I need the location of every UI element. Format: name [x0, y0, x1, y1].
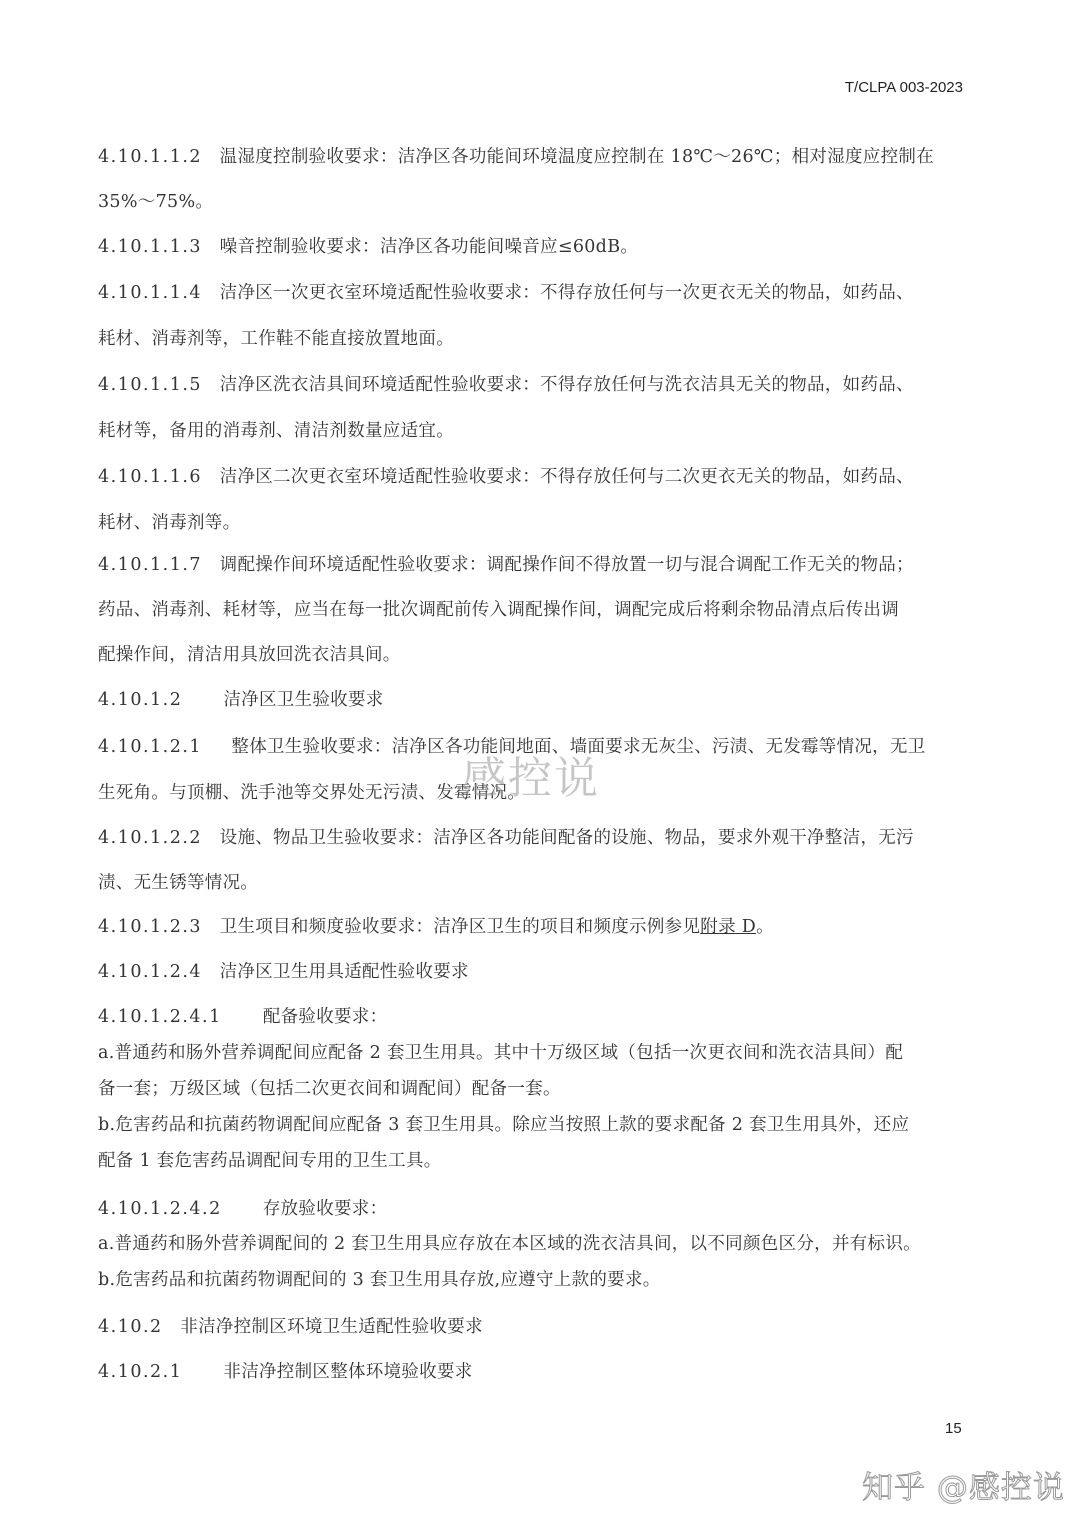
clause-4-10-1-1-6: 4.10.1.1.6 洁净区二次更衣室环境适配性验收要求：不得存放任何与二次更衣… [98, 463, 914, 488]
clause-text: 配备 1 套危害药品调配间专用的卫生工具。 [98, 1151, 442, 1171]
clause-4-10-1-1-5: 4.10.1.1.5 洁净区洗衣洁具间环境适配性验收要求：不得存放任何与洗衣洁具… [98, 371, 914, 396]
clause-continuation: 35%～75%。 [98, 188, 213, 213]
clause-number: 4.10.1.2.4.2 [98, 1199, 222, 1219]
list-item-a: a.普通药和肠外营养调配间的 2 套卫生用具应存放在本区域的洗衣洁具间，以不同颜… [98, 1230, 921, 1255]
clause-text: b.危害药品和抗菌药物调配间应配备 3 套卫生用具。除应当按照上款的要求配备 2… [98, 1115, 909, 1135]
clause-4-10-1-2-4-2: 4.10.1.2.4.2 存放验收要求： [98, 1195, 387, 1220]
clause-text: a.普通药和肠外营养调配间应配备 2 套卫生用具。其中十万级区域（包括一次更衣间… [98, 1043, 903, 1063]
clause-4-10-1-1-3: 4.10.1.1.3 噪音控制验收要求：洁净区各功能间噪音应≤60dB。 [98, 233, 638, 258]
clause-continuation: 配备 1 套危害药品调配间专用的卫生工具。 [98, 1147, 442, 1172]
clause-text: 配备验收要求： [263, 1007, 388, 1027]
clause-number: 4.10.1.2.4 [98, 962, 202, 982]
clause-text: 非洁净控制区整体环境验收要求 [223, 1362, 472, 1382]
clause-text: 药品、消毒剂、耗材等，应当在每一批次调配前传入调配操作间，调配完成后将剩余物品清… [98, 600, 899, 620]
clause-text: a.普通药和肠外营养调配间的 2 套卫生用具应存放在本区域的洗衣洁具间，以不同颜… [98, 1234, 921, 1254]
clause-text: 存放验收要求： [263, 1199, 388, 1219]
clause-text: 卫生项目和频度验收要求：洁净区卫生的项目和频度示例参见 [220, 917, 701, 937]
clause-text: 整体卫生验收要求：洁净区各功能间地面、墙面要求无灰尘、污渍、无发霉等情况，无卫 [231, 737, 925, 757]
clause-text: 洁净区卫生用具适配性验收要求 [220, 962, 469, 982]
clause-text: 洁净区二次更衣室环境适配性验收要求：不得存放任何与二次更衣无关的物品，如药品、 [220, 467, 914, 487]
clause-continuation: 生死角。与顶棚、洗手池等交界处无污渍、发霉情况。 [98, 779, 525, 804]
clause-4-10-1-1-7: 4.10.1.1.7 调配操作间环境适配性验收要求：调配操作间不得放置一切与混合… [98, 551, 914, 576]
clause-text: 调配操作间环境适配性验收要求：调配操作间不得放置一切与混合调配工作无关的物品； [220, 555, 914, 575]
clause-text: 生死角。与顶棚、洗手池等交界处无污渍、发霉情况。 [98, 783, 525, 803]
clause-4-10-1-2-4-1: 4.10.1.2.4.1 配备验收要求： [98, 1003, 387, 1028]
clause-number: 4.10.1.2.3 [98, 917, 202, 937]
clause-text: 配操作间，清洁用具放回洗衣洁具间。 [98, 645, 401, 665]
list-item-b: b.危害药品和抗菌药物调配间的 3 套卫生用具存放,应遵守上款的要求。 [98, 1266, 661, 1291]
clause-text: 渍、无生锈等情况。 [98, 873, 258, 893]
clause-text: 耗材、消毒剂等。 [98, 513, 240, 533]
list-item-b: b.危害药品和抗菌药物调配间应配备 3 套卫生用具。除应当按照上款的要求配备 2… [98, 1111, 909, 1136]
clause-number: 4.10.2.1 [98, 1362, 182, 1382]
clause-4-10-1-2-1: 4.10.1.2.1 整体卫生验收要求：洁净区各功能间地面、墙面要求无灰尘、污渍… [98, 733, 926, 758]
appendix-d-link[interactable]: 附录 D [700, 917, 756, 937]
clause-text: 噪音控制验收要求：洁净区各功能间噪音应≤60dB。 [220, 237, 639, 257]
clause-text: 洁净区洗衣洁具间环境适配性验收要求：不得存放任何与洗衣洁具无关的物品，如药品、 [220, 375, 914, 395]
section-4-10-2: 4.10.2 非洁净控制区环境卫生适配性验收要求 [98, 1313, 483, 1338]
clause-number: 4.10.1.1.5 [98, 375, 202, 395]
clause-number: 4.10.1.1.3 [98, 237, 202, 257]
section-4-10-1-2: 4.10.1.2 洁净区卫生验收要求 [98, 686, 384, 711]
clause-number: 4.10.1.2.4.1 [98, 1007, 222, 1027]
clause-text: 35%～75%。 [98, 192, 213, 212]
clause-4-10-1-1-2: 4.10.1.1.2 温湿度控制验收要求：洁净区各功能间环境温度应控制在 18℃… [98, 143, 934, 168]
clause-number: 4.10.1.1.2 [98, 147, 202, 167]
clause-text: 洁净区卫生验收要求 [223, 690, 383, 710]
clause-continuation: 耗材等，备用的消毒剂、清洁剂数量应适宜。 [98, 417, 454, 442]
standard-code-header: T/CLPA 003-2023 [845, 79, 963, 96]
section-4-10-2-1: 4.10.2.1 非洁净控制区整体环境验收要求 [98, 1358, 473, 1383]
clause-text: 非洁净控制区环境卫生适配性验收要求 [180, 1317, 483, 1337]
page-number: 15 [945, 1420, 962, 1437]
clause-number: 4.10.1.2 [98, 690, 182, 710]
list-item-a: a.普通药和肠外营养调配间应配备 2 套卫生用具。其中十万级区域（包括一次更衣间… [98, 1039, 903, 1064]
clause-text: 洁净区一次更衣室环境适配性验收要求：不得存放任何与一次更衣无关的物品，如药品、 [220, 283, 914, 303]
clause-number: 4.10.2 [98, 1317, 163, 1337]
clause-continuation: 渍、无生锈等情况。 [98, 869, 258, 894]
clause-number: 4.10.1.1.6 [98, 467, 202, 487]
zhihu-watermark: 知乎 @感控说 [862, 1462, 1065, 1507]
clause-text: 温湿度控制验收要求：洁净区各功能间环境温度应控制在 18℃～26℃；相对湿度应控… [220, 147, 934, 167]
clause-4-10-1-2-2: 4.10.1.2.2 设施、物品卫生验收要求：洁净区各功能间配备的设施、物品，要… [98, 824, 914, 849]
clause-number: 4.10.1.1.4 [98, 283, 202, 303]
clause-continuation: 配操作间，清洁用具放回洗衣洁具间。 [98, 641, 401, 666]
clause-continuation: 耗材、消毒剂等，工作鞋不能直接放置地面。 [98, 325, 454, 350]
clause-continuation: 备一套；万级区域（包括二次更衣间和调配间）配备一套。 [98, 1075, 561, 1100]
clause-4-10-1-1-4: 4.10.1.1.4 洁净区一次更衣室环境适配性验收要求：不得存放任何与一次更衣… [98, 279, 914, 304]
clause-number: 4.10.1.2.2 [98, 828, 202, 848]
clause-text: 耗材、消毒剂等，工作鞋不能直接放置地面。 [98, 329, 454, 349]
clause-4-10-1-2-4: 4.10.1.2.4 洁净区卫生用具适配性验收要求 [98, 958, 469, 983]
clause-number: 4.10.1.1.7 [98, 555, 202, 575]
clause-text: 设施、物品卫生验收要求：洁净区各功能间配备的设施、物品，要求外观干净整洁，无污 [220, 828, 914, 848]
clause-number: 4.10.1.2.1 [98, 737, 202, 757]
clause-text: 备一套；万级区域（包括二次更衣间和调配间）配备一套。 [98, 1079, 561, 1099]
clause-continuation: 耗材、消毒剂等。 [98, 509, 240, 534]
clause-4-10-1-2-3: 4.10.1.2.3 卫生项目和频度验收要求：洁净区卫生的项目和频度示例参见附录… [98, 913, 774, 938]
clause-text: b.危害药品和抗菌药物调配间的 3 套卫生用具存放,应遵守上款的要求。 [98, 1270, 661, 1290]
clause-text: 。 [756, 917, 774, 937]
clause-continuation: 药品、消毒剂、耗材等，应当在每一批次调配前传入调配操作间，调配完成后将剩余物品清… [98, 596, 899, 621]
clause-text: 耗材等，备用的消毒剂、清洁剂数量应适宜。 [98, 421, 454, 441]
